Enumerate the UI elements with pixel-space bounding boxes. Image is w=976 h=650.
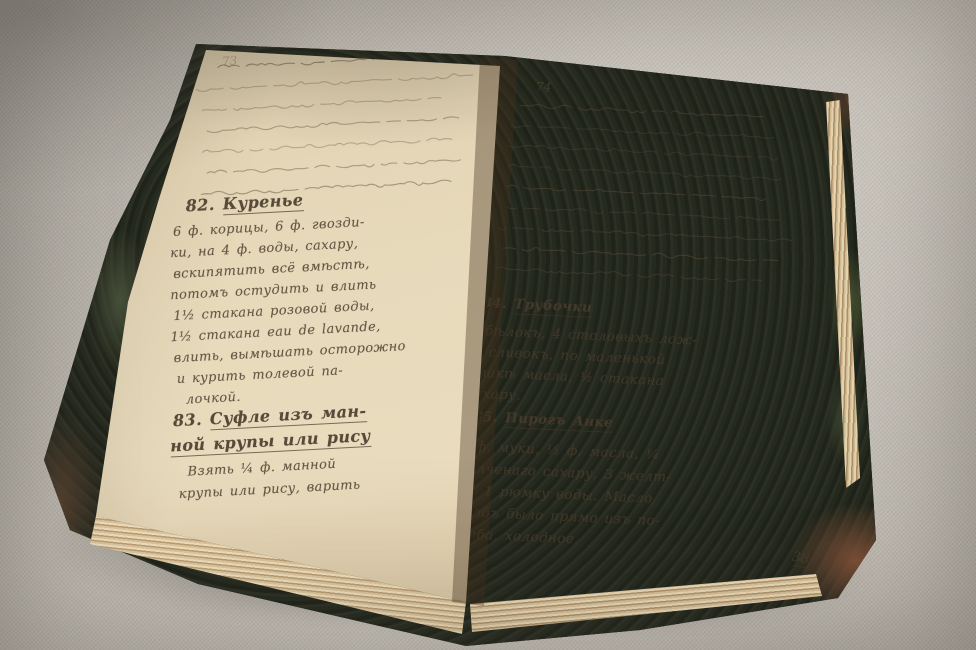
right-page-content: 84. Трубочки 1 бѣлокъ, 4 столовыхъ лож- … bbox=[444, 92, 847, 629]
right-page-number: 74 bbox=[536, 80, 552, 95]
entry-84-line: ки сливокъ, по маленькой bbox=[464, 343, 666, 368]
entry-82-title: Куренье bbox=[222, 190, 304, 215]
entry-82-line: и курить толевой па- bbox=[176, 363, 343, 387]
entry-82-line: 6 ф. корицы, 6 ф. гвозди- bbox=[173, 215, 365, 240]
entry-83-line: крупы или рису, варить bbox=[178, 478, 360, 502]
entry-83-title-line-1: Суфле изъ ман- bbox=[209, 401, 367, 430]
entry-82-line: вскипятить всё вмѣстѣ, bbox=[173, 257, 370, 282]
handwriting-paragraph-faded bbox=[491, 95, 810, 306]
entry-83-number: 83. bbox=[172, 410, 202, 430]
entry-85-line: 1 ф. муки, ½ ф. масла, ¼ bbox=[460, 438, 660, 463]
entry-82-line: лочкой. bbox=[185, 390, 241, 408]
entry-85-heading: 85. Пирогъ Анке bbox=[473, 409, 613, 431]
photo-scene: 73 82. Куренье 6 ф. корицы, 6 ф. гвозди-… bbox=[0, 0, 976, 650]
entry-83-line: Взять ¼ ф. манной bbox=[187, 457, 336, 480]
entry-85-line: толченаго сахару, 3 желт- bbox=[455, 460, 672, 486]
corner-page-number: 38 bbox=[791, 549, 811, 568]
entry-83-title-line-2: ной крупы или рису bbox=[170, 426, 371, 457]
entry-84-title: Трубочки bbox=[514, 296, 593, 318]
entry-85-title: Пирогъ Анке bbox=[505, 410, 614, 433]
entry-83-heading-line-2: ной крупы или рису bbox=[170, 426, 371, 455]
entry-84-line: чашкѣ масла, ½ стакана bbox=[465, 364, 665, 389]
handwriting-paragraph-faded bbox=[192, 45, 492, 219]
entry-85-line: ка, 1 рюмку воды. Масло bbox=[456, 482, 653, 507]
entry-82-number: 82. bbox=[185, 195, 215, 215]
entry-82-line: ки, на 4 ф. воды, сахару, bbox=[170, 236, 359, 261]
entry-85-line: чтобъ было прямо изъ по- bbox=[451, 504, 661, 529]
entry-84-heading: 84. Трубочки bbox=[482, 295, 593, 316]
